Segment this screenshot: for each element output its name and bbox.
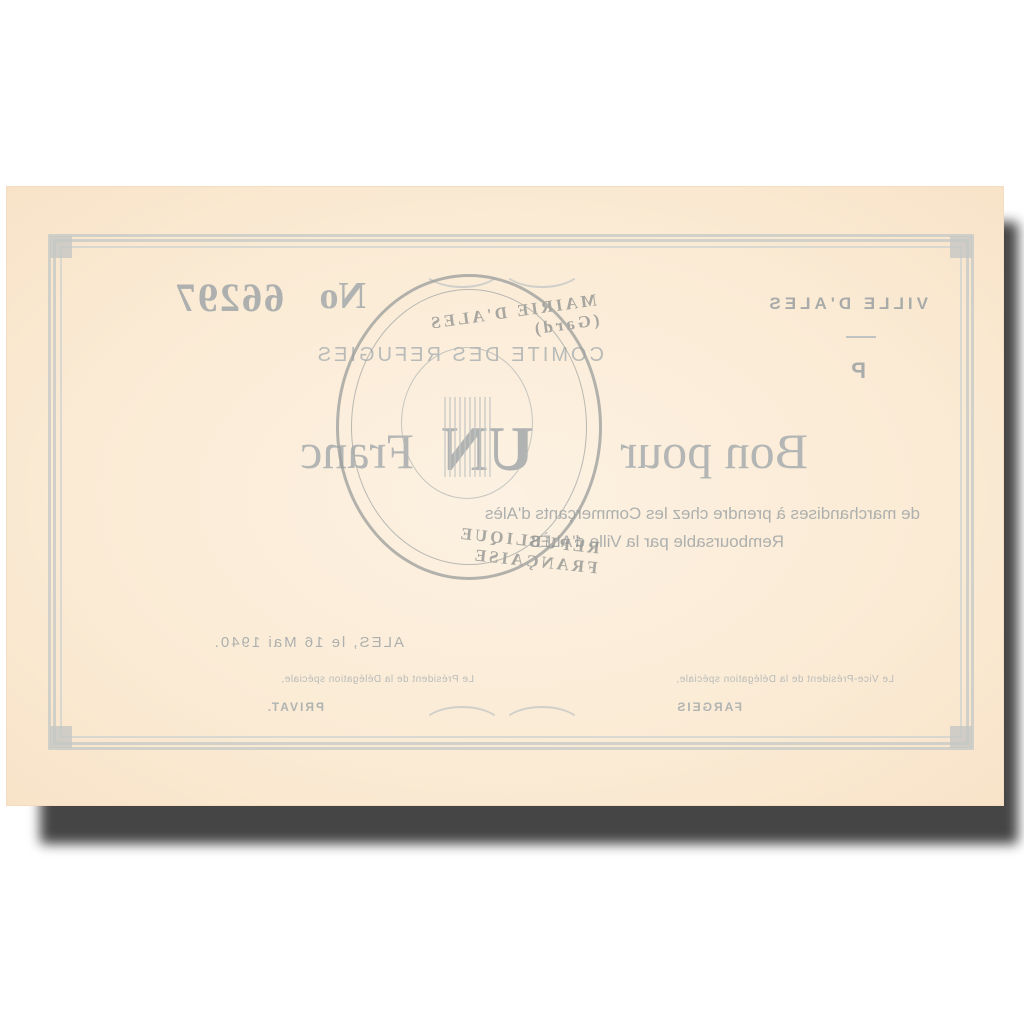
city-header: VILLE D'ALES bbox=[765, 294, 928, 314]
serial-number: 66297 bbox=[174, 274, 284, 321]
signature-title-vice-president: Le Vice-Président de la Délégation spéci… bbox=[676, 674, 894, 685]
signature-title-president: Le Président de la Délégation spéciale, bbox=[281, 674, 474, 685]
signature-name-fargeis: FARGEIS bbox=[675, 700, 742, 714]
stamp-top-text: MAIRIE D'ALES (Gard) bbox=[385, 290, 601, 359]
denomination-bon-pour: Bon pour bbox=[621, 422, 809, 480]
top-ornament bbox=[500, 244, 584, 288]
banknote: VILLE D'ALES P No 66297 COMITE DES REFUG… bbox=[6, 186, 1004, 806]
border-corner bbox=[50, 236, 72, 258]
series-letter: P bbox=[851, 358, 866, 384]
fasces-emblem-icon bbox=[444, 397, 494, 477]
number-mark: No bbox=[320, 274, 366, 318]
border-corner bbox=[950, 236, 972, 258]
bottom-ornament bbox=[420, 706, 504, 750]
official-stamp: MAIRIE D'ALES (Gard) RÉPUBLIQUE FRANÇAIS… bbox=[336, 274, 602, 580]
border-corner bbox=[50, 726, 72, 748]
date-line: ALES, le 16 Mai 1940. bbox=[213, 634, 404, 651]
border-corner bbox=[950, 726, 972, 748]
bottom-ornament bbox=[500, 706, 584, 750]
divider bbox=[846, 336, 876, 338]
signature-name-privat: PRIVAT. bbox=[266, 700, 324, 714]
